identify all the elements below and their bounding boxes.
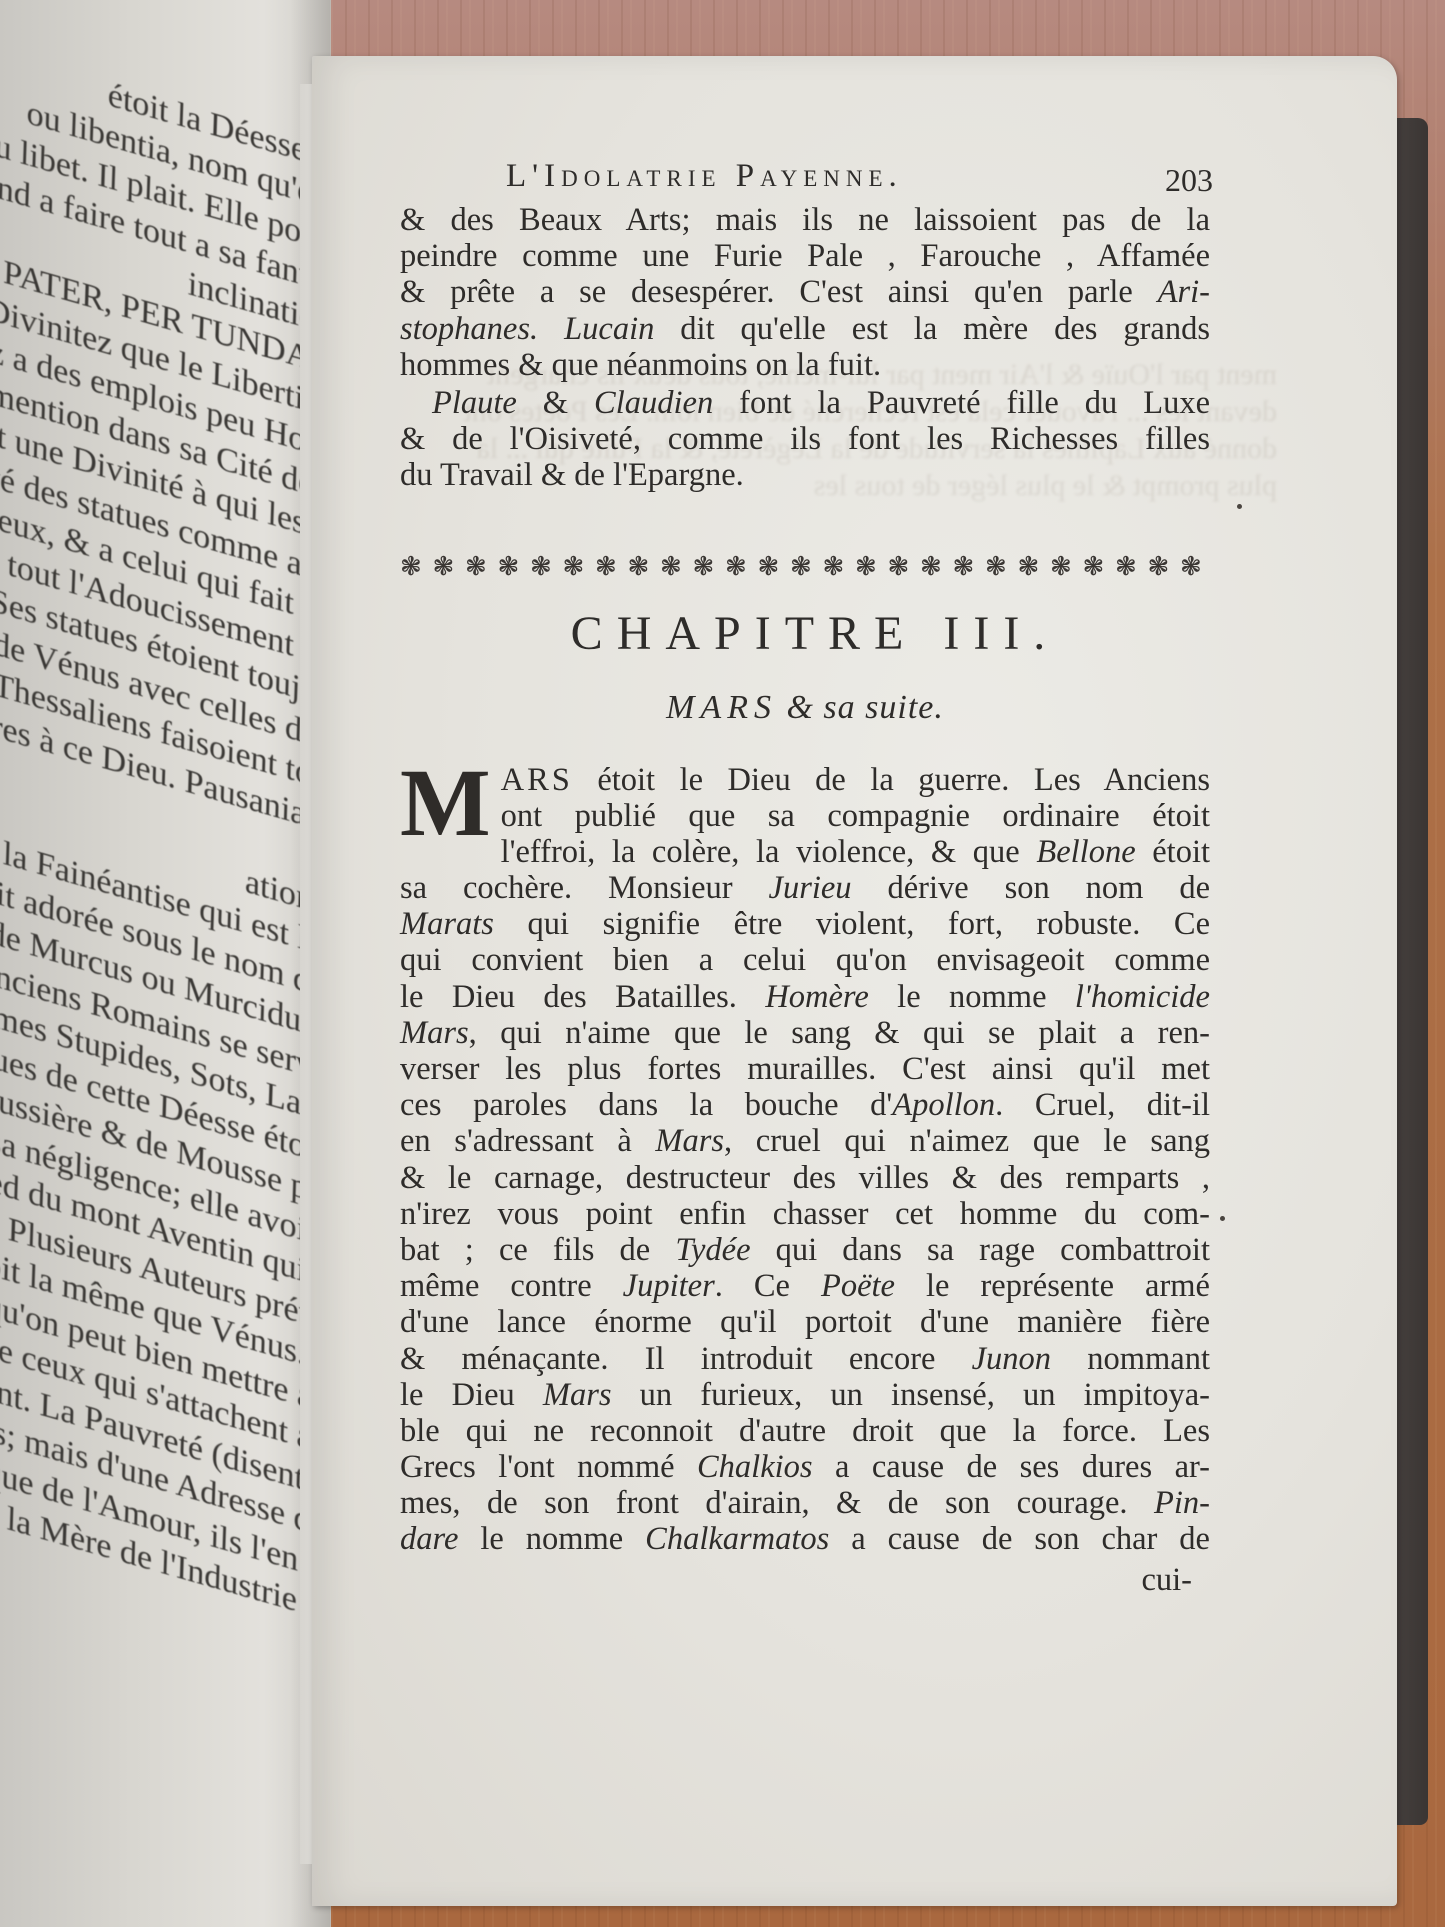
italic-text: dare: [400, 1521, 458, 1557]
italic-text: Chalkios: [697, 1449, 813, 1485]
italic-text: Homère: [765, 979, 868, 1015]
running-head: L'Idolatrie Payenne. 203: [400, 158, 1210, 202]
italic-text: Junon: [972, 1341, 1051, 1377]
page-content: L'Idolatrie Payenne. 203 & des Beaux Art…: [400, 158, 1210, 1598]
ornament-glyph: ❃: [725, 552, 747, 582]
text-line: & le carnage, destructeur des villes & d…: [400, 1160, 1210, 1196]
ornament-glyph: ❃: [1083, 552, 1105, 582]
italic-text: Mars: [400, 1015, 469, 1051]
ornament-glyph: ❃: [888, 552, 910, 582]
ornament-glyph: ❃: [1148, 552, 1170, 582]
ornament-glyph: ❃: [628, 552, 650, 582]
ornament-glyph: ❃: [530, 552, 552, 582]
ornament-glyph: ❃: [920, 552, 942, 582]
italic-text: Apollon: [892, 1087, 995, 1123]
drop-cap: M: [400, 768, 491, 840]
chapter-subtitle-caps: MARS: [666, 689, 777, 726]
text-line: d'une lance énorme qu'il portoit d'une m…: [400, 1304, 1210, 1340]
ornament-glyph: ❃: [465, 552, 487, 582]
italic-text: Plaute: [432, 385, 517, 421]
chapter-title: CHAPITRE III.: [400, 606, 1210, 662]
ornament-glyph: ❃: [855, 552, 877, 582]
text-line: qui convient bien a celui qu'on envisage…: [400, 942, 1210, 978]
text-line: le Dieu des Batailles. Homère le nomme l…: [400, 979, 1210, 1015]
body-text: ARS étoit le Dieu de la guerre. Les Anci…: [400, 762, 1210, 1558]
ornament-glyph: ❃: [498, 552, 520, 582]
text-line: stophanes. Lucain dit qu'elle est la mèr…: [400, 311, 1210, 347]
text-line: dare le nomme Chalkarmatos a cause de so…: [400, 1521, 1210, 1557]
italic-text: l'homicide: [1075, 979, 1210, 1015]
text-line: sa cochère. Monsieur Jurieu dérive son n…: [400, 870, 1210, 906]
text-line: n'irez vous point enfin chasser cet homm…: [400, 1196, 1210, 1232]
left-page: t llétoit la Déesse a tou libentia, nom …: [0, 0, 331, 1927]
ornament-glyph: ❃: [563, 552, 585, 582]
text-line: Mars, qui n'aime que le sang & qui se pl…: [400, 1015, 1210, 1051]
text-line: mes, de son front d'airain, & de son cou…: [400, 1485, 1210, 1521]
italic-text: Tydée: [675, 1232, 750, 1268]
text-line: Grecs l'ont nommé Chalkios a cause de se…: [400, 1449, 1210, 1485]
italic-text: Jupiter: [623, 1268, 715, 1304]
italic-text: Mars: [655, 1123, 724, 1159]
text-line: verser les plus fortes murailles. C'est …: [400, 1051, 1210, 1087]
ornament-glyph: ❃: [400, 552, 422, 582]
chapter-subtitle: MARS & sa suite.: [400, 688, 1210, 728]
text-line: Marats qui signifie être violent, fort, …: [400, 906, 1210, 942]
italic-text: stophanes.: [400, 311, 538, 347]
text-line: hommes & que néanmoins on la fuit.: [400, 347, 1210, 383]
italic-text: Pin-: [1154, 1485, 1210, 1521]
text-line: bat ; ce fils de Tydée qui dans sa rage …: [400, 1232, 1210, 1268]
ornament-glyph: ❃: [1115, 552, 1137, 582]
ornament-glyph: ❃: [595, 552, 617, 582]
left-page-text: t llétoit la Déesse a tou libentia, nom …: [0, 0, 331, 1631]
ornament-glyph: ❃: [433, 552, 455, 582]
ornament-glyph: ❃: [758, 552, 780, 582]
chapter-body: M ARS étoit le Dieu de la guerre. Les An…: [400, 762, 1210, 1598]
italic-text: Poëte: [821, 1268, 895, 1304]
ornament-glyph: ❃: [1018, 552, 1040, 582]
italic-text: Mars: [543, 1377, 612, 1413]
text-line: & ménaçante. Il introduit encore Junon n…: [400, 1341, 1210, 1377]
ink-speck: [1237, 504, 1242, 509]
text-line: le Dieu Mars un furieux, un insensé, un …: [400, 1377, 1210, 1413]
ornament-glyph: ❃: [823, 552, 845, 582]
italic-text: Jurieu: [769, 870, 852, 906]
text-line: même contre Jupiter. Ce Poëte le représe…: [400, 1268, 1210, 1304]
ink-speck: [1220, 1216, 1225, 1221]
catchword: cui-: [400, 1562, 1210, 1598]
text-line: & de l'Oisiveté, comme ils font les Rich…: [400, 421, 1210, 457]
text-line: & prête a se desespérer. C'est ainsi qu'…: [400, 274, 1210, 310]
text-line: & des Beaux Arts; mais ils ne laissoient…: [400, 202, 1210, 238]
running-head-title: L'Idolatrie Payenne.: [506, 158, 903, 194]
text-line: ces paroles dans la bouche d'Apollon. Cr…: [400, 1087, 1210, 1123]
italic-text: Ari-: [1158, 274, 1210, 310]
text-line: l'effroi, la colère, la violence, & que …: [400, 834, 1210, 870]
page-number: 203: [1165, 162, 1213, 198]
text-line: peindre comme une Furie Pale , Farouche …: [400, 238, 1210, 274]
text-line: Plaute & Claudien font la Pauvreté fille…: [400, 385, 1210, 421]
italic-text: Lucain: [564, 311, 654, 347]
ornament-glyph: ❃: [985, 552, 1007, 582]
ornament-glyph: ❃: [1180, 552, 1202, 582]
italic-text: Claudien: [594, 385, 713, 421]
text-line: en s'adressant à Mars, cruel qui n'aimez…: [400, 1123, 1210, 1159]
text-line: ont publié que sa compagnie ordinaire ét…: [400, 798, 1210, 834]
ornament-glyph: ❃: [953, 552, 975, 582]
italic-text: Bellone: [1036, 834, 1135, 870]
ornament-glyph: ❃: [1050, 552, 1072, 582]
small-caps-text: ARS: [501, 762, 573, 798]
ornament-glyph: ❃: [790, 552, 812, 582]
paragraph-plaute-claudien: Plaute & Claudien font la Pauvreté fille…: [400, 385, 1210, 494]
ornament-glyph: ❃: [693, 552, 715, 582]
chapter-subtitle-rest: & sa suite.: [777, 689, 944, 726]
text-line: ARS étoit le Dieu de la guerre. Les Anci…: [400, 762, 1210, 798]
text-line: ble qui ne reconnoit d'autre droit que l…: [400, 1413, 1210, 1449]
paragraph-pauvrete: & des Beaux Arts; mais ils ne laissoient…: [400, 202, 1210, 383]
italic-text: Marats: [400, 906, 494, 942]
text-line: du Travail & de l'Epargne.: [400, 457, 1210, 493]
ornament-glyph: ❃: [660, 552, 682, 582]
italic-text: Chalkarmatos: [645, 1521, 829, 1557]
ornamental-divider: ❃❃❃❃❃❃❃❃❃❃❃❃❃❃❃❃❃❃❃❃❃❃❃❃❃: [400, 552, 1210, 582]
